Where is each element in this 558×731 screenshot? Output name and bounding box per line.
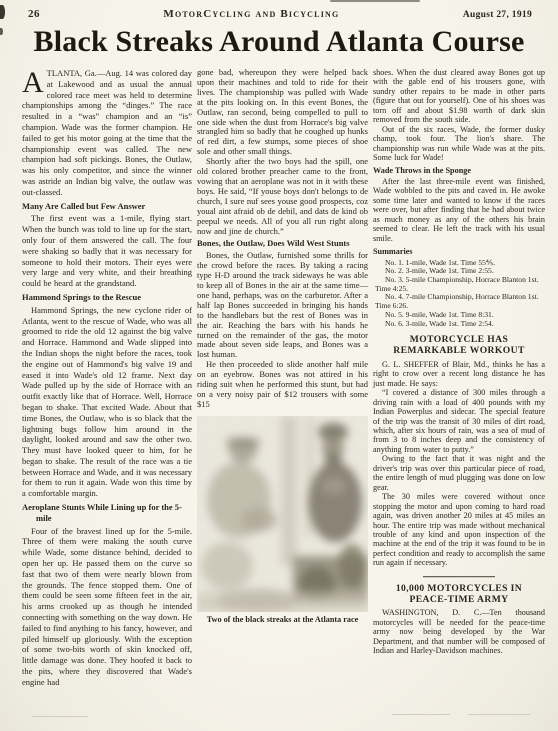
subhead-hammond-springs: Hammond Springs to the Rescue [22, 292, 192, 303]
article-columns: ATLANTA, Ga.—Aug. 14 was colored day at … [0, 68, 558, 688]
paragraph: WASHINGTON, D. C.—Ten thousand motorcycl… [373, 608, 545, 655]
scan-artifact [0, 5, 5, 19]
summary-entry: No. 3. 5-mile Championship, Horrace Blan… [373, 276, 545, 293]
column-left: ATLANTA, Ga.—Aug. 14 was colored day at … [22, 68, 192, 688]
scan-artifact [330, 0, 420, 2]
issue-date: August 27, 1919 [463, 10, 532, 20]
paragraph: He then proceeded to slide another half … [197, 360, 368, 410]
scan-smudge [468, 714, 530, 715]
article-headline: Black Streaks Around Atlanta Course [10, 25, 548, 59]
article3-title: 10,000 MOTORCYCLES IN PEACE-TIME ARMY [377, 584, 541, 606]
paragraph: shoes. When the dust cleared away Bones … [373, 68, 545, 125]
paragraph-text: TLANTA, Ga.—Aug. 14 was colored day at L… [22, 68, 192, 197]
paragraph: Out of the six races, Wade, the former d… [373, 125, 545, 163]
subhead-wade-sponge: Wade Throws in the Sponge [373, 166, 545, 175]
paragraph: Four of the bravest lined up for the 5-m… [22, 526, 192, 688]
column-right: shoes. When the dust cleared away Bones … [373, 68, 545, 688]
page-header: 26 MotorCycling and Bicycling August 27,… [0, 0, 558, 20]
paragraph: G. L. SHEFFER of Blair, Md., thinks he h… [373, 360, 545, 388]
photo-caption: Two of the black streaks at the Atlanta … [197, 615, 368, 625]
summaries-heading: Summaries [373, 247, 545, 256]
scan-smudge [392, 714, 450, 715]
page-number: 26 [28, 8, 40, 20]
subhead-bones-outlaw: Bones, the Outlaw, Does Wild West Stunts [197, 239, 368, 249]
paragraph: The first event was a 1-mile, flying sta… [22, 213, 192, 289]
subhead-aeroplane-stunts: Aeroplane Stunts While Lining up for the… [22, 502, 192, 524]
article2-title: MOTORCYCLE HAS REMARKABLE WORKOUT [377, 335, 541, 357]
paragraph: Owing to the fact that it was night and … [373, 454, 545, 492]
subhead-many-are-called: Many Are Called but Few Answer [22, 201, 192, 212]
scan-smudge [32, 716, 88, 717]
summary-entry: No. 4. 7-mile Championship, Horrace Blan… [373, 293, 545, 310]
paragraph: Bones, the Outlaw, furnished some thrill… [197, 251, 368, 360]
column-middle: gone bad, whereupon they were helped bac… [197, 68, 368, 688]
paragraph: ATLANTA, Ga.—Aug. 14 was colored day at … [22, 68, 192, 198]
paragraph: The 30 miles were covered without once s… [373, 492, 545, 568]
drop-cap: A [22, 68, 47, 96]
paragraph: Hammond Springs, the new cyclone rider o… [22, 305, 192, 499]
paragraph: “I covered a distance of 300 miles throu… [373, 388, 545, 454]
summaries-list: No. 1. 1-mile, Wade 1st. Time 55⅘. No. 2… [373, 259, 545, 329]
section-divider [423, 576, 495, 577]
race-photo [197, 416, 368, 612]
paragraph: After the last three-mile event was fini… [373, 177, 545, 243]
scan-artifact [0, 28, 3, 35]
summary-entry: No. 6. 3-mile, Wade 1st. Time 2:54. [373, 320, 545, 329]
magazine-page: 26 MotorCycling and Bicycling August 27,… [0, 0, 558, 731]
paragraph: Shortly after the two boys had the spill… [197, 157, 368, 236]
paragraph: gone bad, whereupon they were helped bac… [197, 68, 368, 157]
journal-title: MotorCycling and Bicycling [163, 8, 339, 20]
